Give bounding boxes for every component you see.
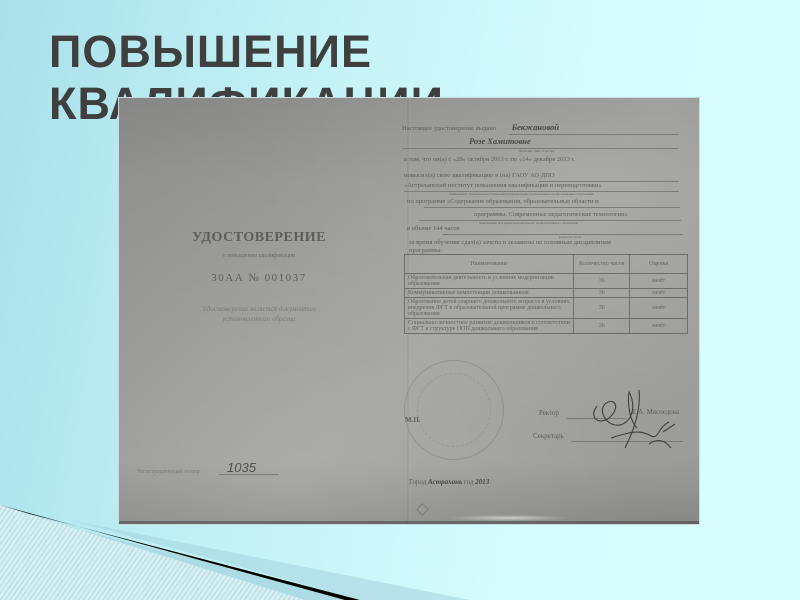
recipient-name: Розе Хамитовне <box>469 136 531 146</box>
certificate-photo: УДОСТОВЕРЕНИЕ о повышении квалификации 3… <box>119 98 699 524</box>
city-name: Астрахань <box>428 478 462 486</box>
subject-hours: 36 <box>574 274 630 289</box>
program-caption: наименование программы дополнительного п… <box>479 221 578 225</box>
certificate-note: Удостоверение является документом устано… <box>159 304 359 324</box>
certificate-title: УДОСТОВЕРЕНИЕ <box>159 230 359 246</box>
subject-grade: зачёт <box>630 289 688 298</box>
year-value: 2013 <box>475 478 489 486</box>
rule <box>424 207 680 208</box>
signature <box>579 378 699 458</box>
table-row: Образование детей старшего дошкольного в… <box>405 298 688 319</box>
table-row: Образовательная деятельность в условиях … <box>405 274 688 289</box>
study-period: в том, что он(а) с «28» октября 2013 г. … <box>404 156 575 163</box>
subject-name: Образовательная деятельность в условиях … <box>405 274 574 289</box>
recipient-name-line: Розе Хамитовне <box>469 136 531 146</box>
certificate-note-line1: Удостоверение является документом <box>159 304 359 314</box>
exams-line1: за время обучения сдал(а) зачеты и экзам… <box>409 239 611 246</box>
year-label: год <box>464 478 474 486</box>
volume-hours: в объеме 144 часов <box>407 225 460 232</box>
city-year-line: Город Астрахань год 2013 <box>409 478 489 486</box>
exams-line2: программы: <box>409 247 442 254</box>
issued-to-label: Настоящее удостоверение выдано <box>402 125 496 132</box>
table-header-row: Наименование Количество часов Оценка <box>405 255 688 274</box>
subject-hours: 36 <box>574 289 630 298</box>
subject-hours: 36 <box>574 298 630 319</box>
registration-number: 1035 <box>227 460 256 475</box>
program-line2: программы. Современные педагогические те… <box>474 211 628 218</box>
secretary-label: Секретарь <box>533 432 564 440</box>
subject-name: Социально-личностное развитие дошкольник… <box>405 319 574 334</box>
recipient-surname: Бекжановой <box>512 122 559 132</box>
certificate-number: 30АА № 001037 <box>159 272 359 284</box>
stamp-label: М.П. <box>405 416 421 424</box>
registration-label: Регистрационный номер <box>137 469 200 475</box>
name-caption: фамилия, имя, отчество <box>519 149 554 153</box>
city-label: Город <box>409 478 426 486</box>
faded-stamp <box>404 360 504 460</box>
header-name: Наименование <box>405 255 574 274</box>
table-row: Социально-личностное развитие дошкольник… <box>405 319 688 334</box>
header-grade: Оценка <box>630 255 688 274</box>
subject-grade: зачёт <box>630 274 688 289</box>
institution-name: «Астраханский институт повышения квалифи… <box>404 182 602 189</box>
subject-name: Образование детей старшего дошкольного в… <box>405 298 574 319</box>
subjects-table: Наименование Количество часов Оценка Обр… <box>404 254 688 334</box>
subject-grade: зачёт <box>630 319 688 334</box>
certificate-subtitle: о повышении квалификации <box>159 253 359 259</box>
subject-grade: зачёт <box>630 298 688 319</box>
subject-hours: 36 <box>574 319 630 334</box>
program-line1: по программе «Содержание образования, об… <box>407 198 599 205</box>
certificate-note-line2: установленного образца <box>159 314 359 324</box>
slide: ПОВЫШЕНИЕ КВАЛИФИКАЦИИ УДОСТОВЕРЕНИЕ о п… <box>0 0 800 600</box>
rector-label: Ректор <box>539 409 559 417</box>
improved-at: повысил(а) свою квалификацию в (на) ГАОУ… <box>404 172 555 179</box>
photo-bottom-edge <box>119 521 699 524</box>
institution-caption: наименование образовательного учреждения… <box>449 192 593 196</box>
issued-to-line: Настоящее удостоверение выдано Бекжаново… <box>402 122 559 132</box>
header-hours: Количество часов <box>574 255 630 274</box>
table-row: Коммуникативные компетенции дошкольников… <box>405 289 688 298</box>
rule <box>509 134 679 135</box>
subject-name: Коммуникативные компетенции дошкольников <box>405 289 574 298</box>
